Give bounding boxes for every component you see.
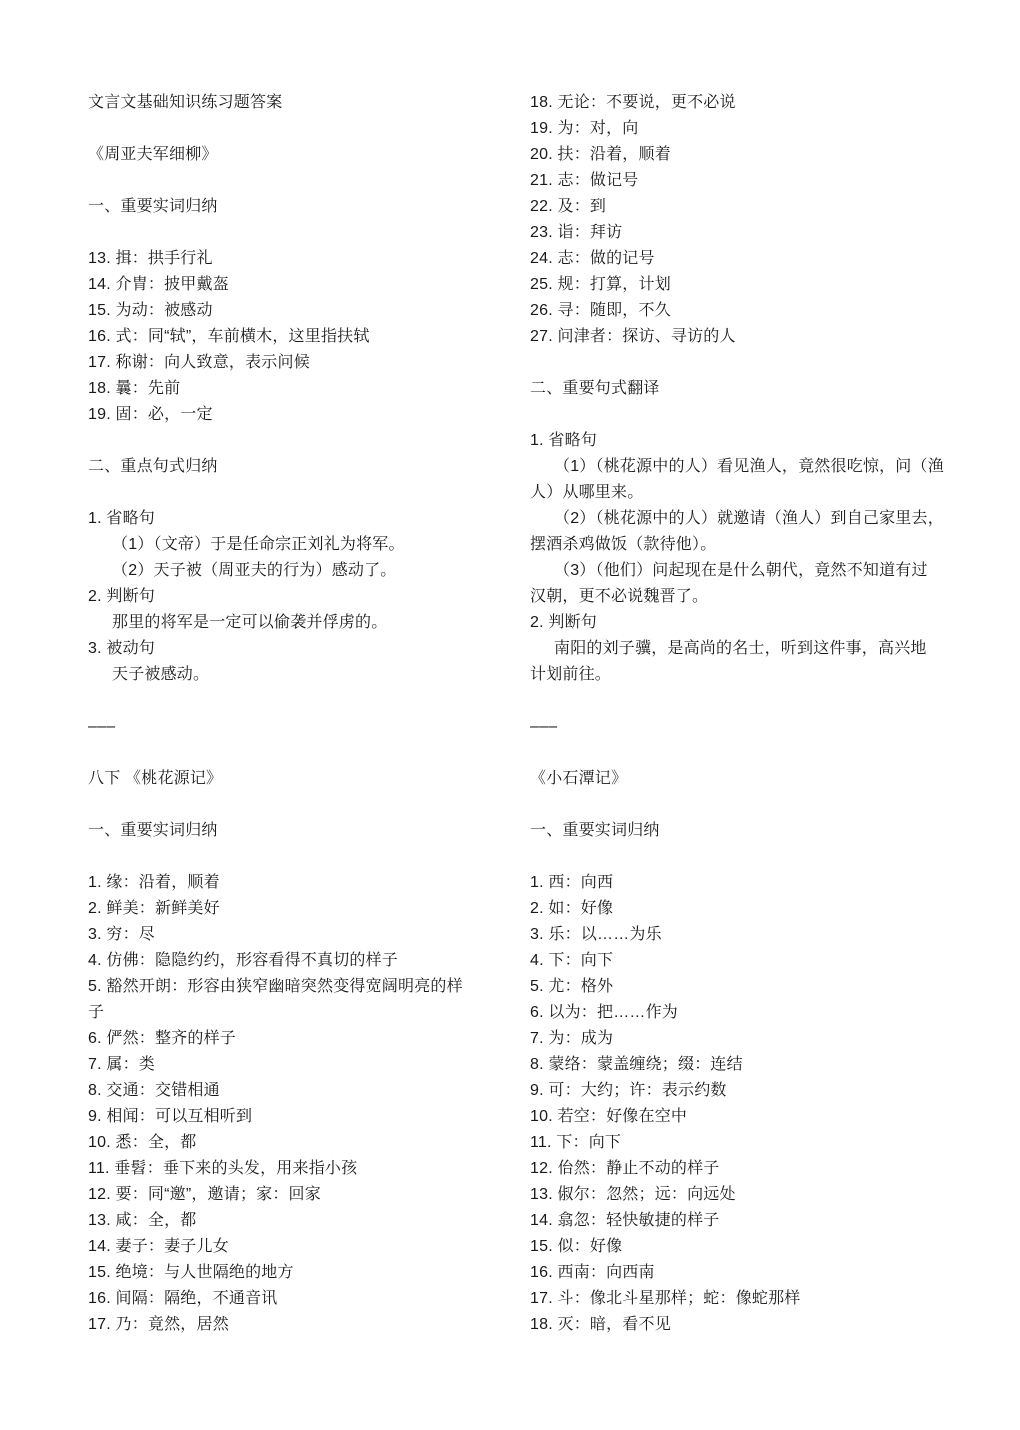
text-line: 4. 下：向下: [530, 948, 988, 974]
text-line: 18. 曩：先前: [88, 376, 530, 402]
text-line: 15. 似：好像: [530, 1234, 988, 1260]
text-line: 2. 如：好像: [530, 896, 988, 922]
text-line: 人）从哪里来。: [530, 480, 988, 506]
text-line: 8. 交通：交错相通: [88, 1078, 530, 1104]
text-line: [88, 480, 530, 506]
text-line: 2. 判断句: [88, 584, 530, 610]
text-line: 17. 称谢：向人致意，表示问候: [88, 350, 530, 376]
text-line: –––: [88, 714, 530, 740]
text-line: 1. 省略句: [88, 506, 530, 532]
text-line: [530, 844, 988, 870]
text-line: 南阳的刘子骥，是高尚的名士，听到这件事，高兴地: [530, 636, 988, 662]
text-line: [88, 220, 530, 246]
left-column: 文言文基础知识练习题答案《周亚夫军细柳》一、重要实词归纳13. 揖：拱手行礼14…: [88, 90, 530, 1338]
text-line: 5. 豁然开朗：形容由狭窄幽暗突然变得宽阔明亮的样: [88, 974, 530, 1000]
text-line: 7. 为：成为: [530, 1026, 988, 1052]
text-line: 25. 规：打算，计划: [530, 272, 988, 298]
text-line: [530, 688, 988, 714]
text-line: 12. 佁然：静止不动的样子: [530, 1156, 988, 1182]
text-line: 文言文基础知识练习题答案: [88, 90, 530, 116]
text-line: 11. 下：向下: [530, 1130, 988, 1156]
text-line: [88, 116, 530, 142]
text-line: 一、重要实词归纳: [530, 818, 988, 844]
text-line: [530, 792, 988, 818]
text-line: 10. 若空：好像在空中: [530, 1104, 988, 1130]
right-column: 18. 无论：不要说，更不必说19. 为：对，向20. 扶：沿着，顺着21. 志…: [530, 90, 988, 1338]
text-line: 6. 俨然：整齐的样子: [88, 1026, 530, 1052]
text-line: [88, 428, 530, 454]
text-line: 8. 蒙络：蒙盖缠绕；缀：连结: [530, 1052, 988, 1078]
text-line: 18. 灭：暗，看不见: [530, 1312, 988, 1338]
text-line: [88, 792, 530, 818]
text-line: 27. 问津者：探访、寻访的人: [530, 324, 988, 350]
text-line: 2. 鲜美：新鲜美好: [88, 896, 530, 922]
text-line: （2）（桃花源中的人）就邀请（渔人）到自己家里去，: [530, 506, 988, 532]
text-line: 11. 垂髫：垂下来的头发，用来指小孩: [88, 1156, 530, 1182]
text-line: 3. 被动句: [88, 636, 530, 662]
text-line: 7. 属：类: [88, 1052, 530, 1078]
text-line: 15. 绝境：与人世隔绝的地方: [88, 1260, 530, 1286]
text-line: 一、重要实词归纳: [88, 818, 530, 844]
text-line: 一、重要实词归纳: [88, 194, 530, 220]
text-line: 子: [88, 1000, 530, 1026]
text-line: 10. 悉：全，都: [88, 1130, 530, 1156]
text-line: 14. 介胄：披甲戴盔: [88, 272, 530, 298]
text-line: 5. 尤：格外: [530, 974, 988, 1000]
text-line: 19. 为：对，向: [530, 116, 988, 142]
text-line: 16. 式：同“轼”，车前横木，这里指扶轼: [88, 324, 530, 350]
text-line: [530, 740, 988, 766]
text-line: 12. 要：同“邀”，邀请；家：回家: [88, 1182, 530, 1208]
text-line: 14. 翕忽：轻快敏捷的样子: [530, 1208, 988, 1234]
text-line: 14. 妻子：妻子儿女: [88, 1234, 530, 1260]
text-line: （1）（文帝）于是任命宗正刘礼为将军。: [88, 532, 530, 558]
text-line: –––: [530, 714, 988, 740]
text-line: [530, 402, 988, 428]
text-line: 3. 穷：尽: [88, 922, 530, 948]
text-line: 《周亚夫军细柳》: [88, 142, 530, 168]
text-line: 16. 间隔：隔绝，不通音讯: [88, 1286, 530, 1312]
text-line: 摆酒杀鸡做饭（款待他）。: [530, 532, 988, 558]
text-line: 那里的将军是一定可以偷袭并俘虏的。: [88, 610, 530, 636]
text-line: 9. 相闻：可以互相听到: [88, 1104, 530, 1130]
text-line: 1. 缘：沿着，顺着: [88, 870, 530, 896]
text-line: 3. 乐：以……为乐: [530, 922, 988, 948]
text-line: 《小石潭记》: [530, 766, 988, 792]
text-line: 1. 西：向西: [530, 870, 988, 896]
text-line: 二、重要句式翻译: [530, 376, 988, 402]
document-page: 文言文基础知识练习题答案《周亚夫军细柳》一、重要实词归纳13. 揖：拱手行礼14…: [0, 0, 1020, 1430]
text-line: 4. 仿佛：隐隐约约，形容看得不真切的样子: [88, 948, 530, 974]
text-line: 八下 《桃花源记》: [88, 766, 530, 792]
text-line: 21. 志：做记号: [530, 168, 988, 194]
text-line: 计划前往。: [530, 662, 988, 688]
text-line: 19. 固：必，一定: [88, 402, 530, 428]
text-line: 13. 揖：拱手行礼: [88, 246, 530, 272]
text-line: 13. 俶尔：忽然；远：向远处: [530, 1182, 988, 1208]
text-line: 天子被感动。: [88, 662, 530, 688]
text-line: 2. 判断句: [530, 610, 988, 636]
text-line: 20. 扶：沿着，顺着: [530, 142, 988, 168]
text-line: [530, 350, 988, 376]
text-line: 18. 无论：不要说，更不必说: [530, 90, 988, 116]
text-line: [88, 688, 530, 714]
text-line: [88, 168, 530, 194]
text-line: （1）（桃花源中的人）看见渔人，竟然很吃惊，问（渔: [530, 454, 988, 480]
text-line: 17. 斗：像北斗星那样；蛇：像蛇那样: [530, 1286, 988, 1312]
text-line: 1. 省略句: [530, 428, 988, 454]
text-line: 22. 及：到: [530, 194, 988, 220]
text-line: 9. 可：大约；许：表示约数: [530, 1078, 988, 1104]
text-line: 汉朝，更不必说魏晋了。: [530, 584, 988, 610]
text-line: 26. 寻：随即，不久: [530, 298, 988, 324]
text-line: [88, 844, 530, 870]
text-line: 16. 西南：向西南: [530, 1260, 988, 1286]
text-line: 二、重点句式归纳: [88, 454, 530, 480]
text-line: （3）（他们）问起现在是什么朝代，竟然不知道有过: [530, 558, 988, 584]
text-line: 23. 诣：拜访: [530, 220, 988, 246]
text-line: 17. 乃：竟然，居然: [88, 1312, 530, 1338]
text-line: 6. 以为：把……作为: [530, 1000, 988, 1026]
text-line: [88, 740, 530, 766]
text-line: 15. 为动：被感动: [88, 298, 530, 324]
text-line: 24. 志：做的记号: [530, 246, 988, 272]
text-line: 13. 咸：全，都: [88, 1208, 530, 1234]
text-line: （2）天子被（周亚夫的行为）感动了。: [88, 558, 530, 584]
